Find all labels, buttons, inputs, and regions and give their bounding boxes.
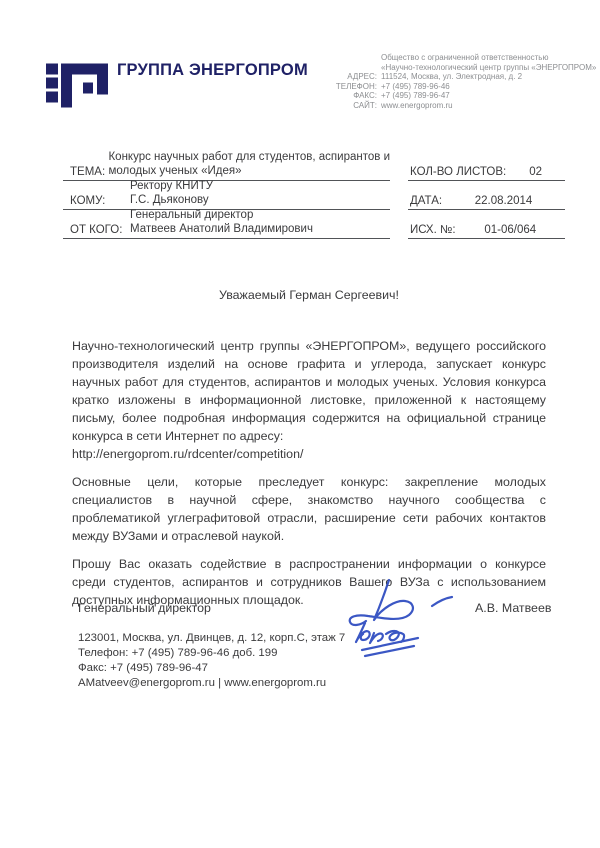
sheets-value: 02 <box>506 166 565 178</box>
spacer <box>330 63 377 73</box>
footer-email-link[interactable]: AMatveev@energoprom.ru <box>78 677 215 689</box>
paragraph-intro-text: Научно-технологический центр группы «ЭНЕ… <box>72 339 546 443</box>
paragraph-goals: Основные цели, которые преследует конкур… <box>72 473 546 545</box>
phone-value: +7 (495) 789-96-46 <box>381 82 566 92</box>
footer-contact-block: 123001, Москва, ул. Двинцев, д. 12, корп… <box>78 631 345 691</box>
footer-address: 123001, Москва, ул. Двинцев, д. 12, корп… <box>78 631 345 646</box>
footer-separator: | <box>215 677 224 689</box>
sheets-label: КОЛ-ВО ЛИСТОВ: <box>408 166 506 178</box>
letter-body: Уважаемый Герман Сергеевич! Научно-техно… <box>72 288 546 609</box>
footer-phone: Телефон: +7 (495) 789-96-46 доб. 199 <box>78 646 345 661</box>
meta-row-sheets: КОЛ-ВО ЛИСТОВ: 02 <box>408 152 565 181</box>
footer-website-link[interactable]: www.energoprom.ru <box>224 677 326 689</box>
recipient-value-line1: Ректору КНИТУ <box>130 180 390 194</box>
energoprom-logo-icon <box>45 61 115 113</box>
company-line: «Научно-технологический центр группы «ЭН… <box>381 63 566 73</box>
meta-row-theme: ТЕМА: Конкурс научных работ для студенто… <box>63 152 390 181</box>
recipient-value: Ректору КНИТУ Г.С. Дьяконову <box>130 180 390 207</box>
brand-title: ГРУППА ЭНЕРГОПРОМ <box>117 61 308 80</box>
phone-label: ТЕЛЕФОН: <box>330 82 377 92</box>
handwritten-signature-icon <box>332 576 482 669</box>
meta-row-ref-number: ИСХ. №: 01-06/064 <box>408 210 565 239</box>
ref-number-label: ИСХ. №: <box>408 224 456 236</box>
footer-links-line: AMatveev@energoprom.ru | www.energoprom.… <box>78 676 345 691</box>
sender-value-line2: Матвеев Анатолий Владимирович <box>130 223 390 237</box>
sender-value: Генеральный директор Матвеев Анатолий Вл… <box>130 209 390 236</box>
date-value: 22.08.2014 <box>442 195 565 207</box>
meta-row-sender: ОТ КОГО: Генеральный директор Матвеев Ан… <box>63 210 390 239</box>
website-value: www.energoprom.ru <box>381 101 566 111</box>
address-label: АДРЕС: <box>330 72 377 82</box>
signer-name: А.В. Матвеев <box>475 601 551 615</box>
address-value: 111524, Москва, ул. Электродная, д. 2 <box>381 72 566 82</box>
theme-value: Конкурс научных работ для студентов, асп… <box>108 151 390 178</box>
meta-left-column: ТЕМА: Конкурс научных работ для студенто… <box>63 152 390 239</box>
theme-label: ТЕМА: <box>63 166 108 178</box>
paragraph-intro: Научно-технологический центр группы «ЭНЕ… <box>72 337 546 463</box>
theme-value-line1: Конкурс научных работ для студентов, асп… <box>108 151 390 165</box>
letterhead-contact-block: Общество с ограниченной ответственностью… <box>330 53 566 111</box>
meta-row-date: ДАТА: 22.08.2014 <box>408 181 565 210</box>
sender-label: ОТ КОГО: <box>63 224 130 236</box>
theme-value-line2: молодых ученых «Идея» <box>108 165 390 179</box>
scanned-letter-page: ГРУППА ЭНЕРГОПРОМ Общество с ограниченно… <box>0 0 600 848</box>
recipient-value-line2: Г.С. Дьяконову <box>130 194 390 208</box>
fax-label: ФАКС: <box>330 91 377 101</box>
company-line: Общество с ограниченной ответственностью <box>381 53 566 63</box>
meta-row-recipient: КОМУ: Ректору КНИТУ Г.С. Дьяконову <box>63 181 390 210</box>
spacer <box>330 53 377 63</box>
recipient-label: КОМУ: <box>63 195 130 207</box>
letter-meta-table: ТЕМА: Конкурс научных работ для студенто… <box>63 152 565 239</box>
fax-value: +7 (495) 789-96-47 <box>381 91 566 101</box>
meta-right-column: КОЛ-ВО ЛИСТОВ: 02 ДАТА: 22.08.2014 ИСХ. … <box>408 152 565 239</box>
signer-title: Генеральный директор <box>78 601 211 615</box>
date-label: ДАТА: <box>408 195 442 207</box>
ref-number-value: 01-06/064 <box>456 224 565 236</box>
sender-value-line1: Генеральный директор <box>130 209 390 223</box>
salutation: Уважаемый Герман Сергеевич! <box>72 288 546 302</box>
website-label: САЙТ: <box>330 101 377 111</box>
spacer <box>390 152 408 239</box>
competition-url-link[interactable]: http://energoprom.ru/rdcenter/competitio… <box>72 447 303 461</box>
footer-fax: Факс: +7 (495) 789-96-47 <box>78 661 345 676</box>
